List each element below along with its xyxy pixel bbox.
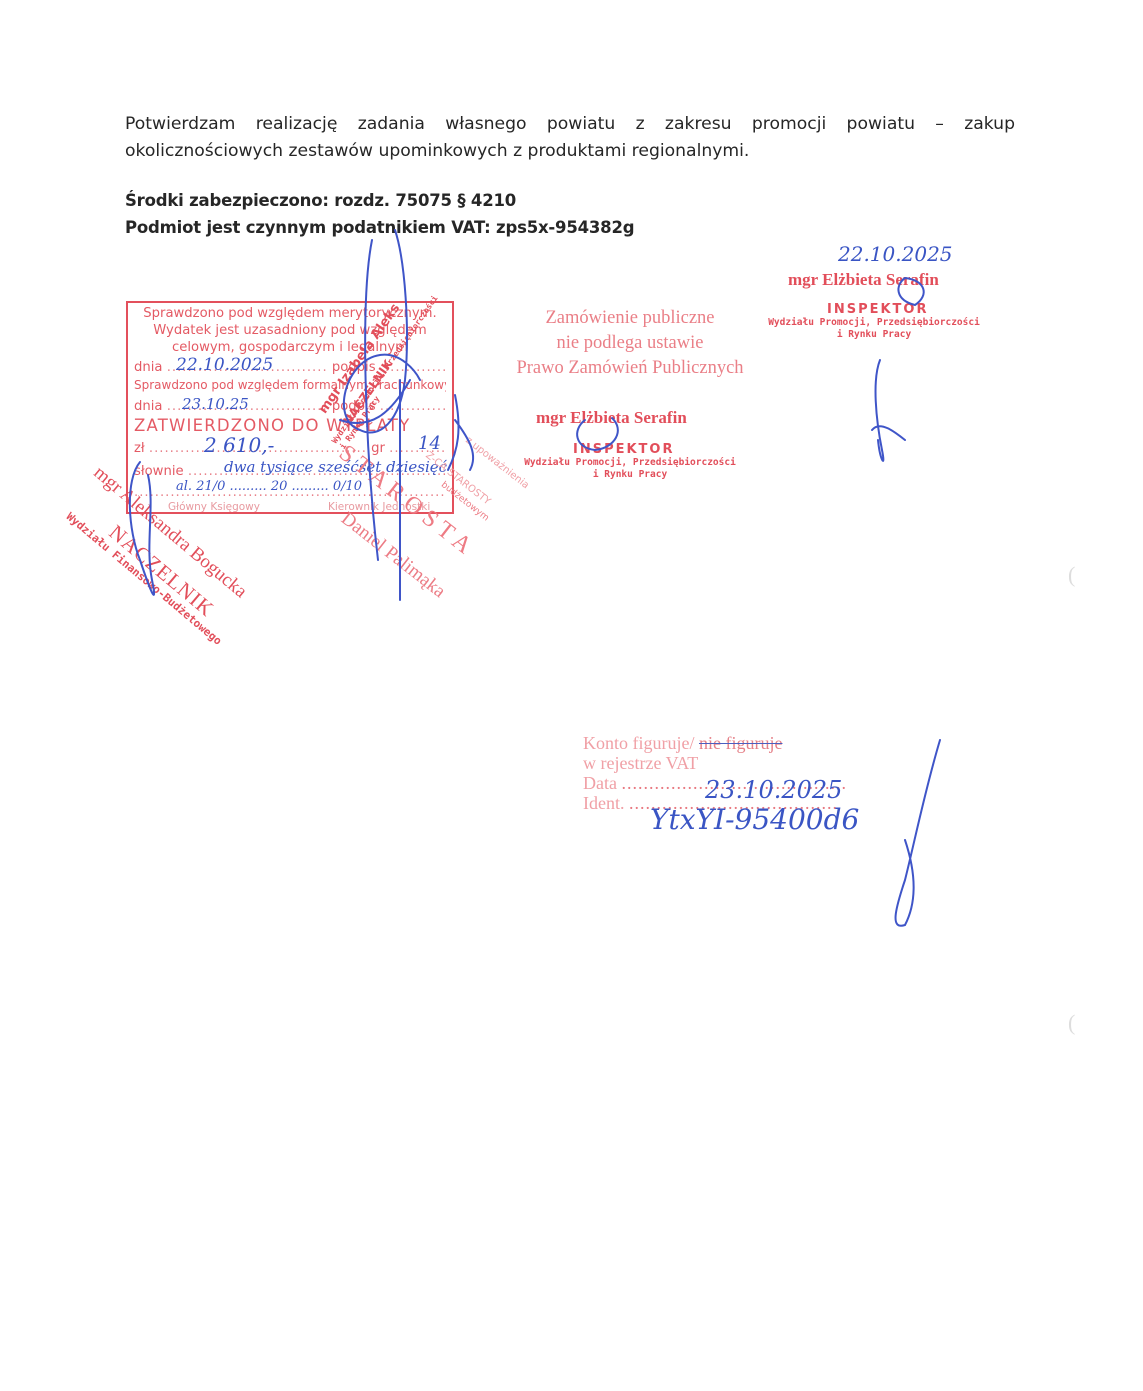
handwritten-date-1: 22.10.2025 — [176, 355, 273, 375]
inspector-dept-center: Wydziału Promocji, Przedsiębiorczości i … — [520, 457, 740, 481]
scan-mark: ( — [1068, 1010, 1075, 1036]
words-label: słownie — [134, 464, 184, 479]
inspector-dept-right: Wydziału Promocji, Przedsiębiorczości i … — [765, 317, 983, 341]
procurement-line-2: nie podlega ustawie — [495, 331, 765, 356]
dept-line-2: i Rynku Pracy — [765, 329, 983, 341]
grosze-label: gr — [371, 441, 385, 456]
dept-line-1: Wydziału Promocji, Przedsiębiorczości — [520, 457, 740, 469]
handwritten-date-inspector: 22.10.2025 — [838, 242, 953, 266]
handwritten-date-2: 23.10.25 — [182, 395, 249, 413]
vat-status-listed: Konto figuruje/ — [583, 733, 694, 753]
inspector-name-center: mgr Elżbieta Serafin — [536, 408, 687, 428]
inspector-title-right: INSPEKTOR — [827, 302, 929, 317]
public-procurement-stamp: Zamówienie publiczne nie podlega ustawie… — [495, 306, 765, 381]
handwritten-amount: 2 610,- — [204, 433, 274, 457]
confirmation-paragraph: Potwierdzam realizację zadania własnego … — [125, 111, 1015, 165]
stamp-line-5: Sprawdzono pod względem formalnym i rach… — [134, 378, 446, 392]
procurement-line-1: Zamówienie publiczne — [495, 306, 765, 331]
inspector-name-right: mgr Elżbieta Serafin — [788, 270, 939, 290]
handwritten-vat-ident: YtxYI-95400d6 — [650, 803, 859, 836]
funds-secured-line: Środki zabezpieczono: rozdz. 75075 § 421… — [125, 191, 516, 210]
vat-line-2: w rejestrze VAT — [583, 753, 847, 773]
vat-ident-label: Ident. — [583, 793, 624, 813]
approved-for-payment: ZATWIERDZONO DO WYPŁATY — [134, 416, 446, 435]
date-label: dnia — [134, 360, 162, 375]
vat-line-1: Konto figuruje/ nie figuruje — [583, 733, 847, 753]
stamp-line-2: Wydatek jest uzasadniony pod względem — [134, 323, 446, 338]
vat-date-label: Data — [583, 773, 617, 793]
amount-label: zł — [134, 441, 145, 456]
paragraph-line-2: okolicznościowych zestawów upominkowych … — [125, 138, 1015, 165]
finance-head-dept: Wydziału Finansowo-Budżetowego — [64, 510, 225, 648]
vat-payer-line: Podmiot jest czynnym podatnikiem VAT: zp… — [125, 218, 634, 237]
dept-line-1: Wydziału Promocji, Przedsiębiorczości — [765, 317, 983, 329]
procurement-line-3: Prawo Zamówień Publicznych — [495, 356, 765, 381]
stamp-date-row-2: dnia ............................... pod… — [134, 399, 446, 414]
scan-mark: ( — [1068, 562, 1075, 588]
date-label: dnia — [134, 399, 162, 414]
amount-row: zł .....................................… — [134, 441, 446, 456]
paragraph-line-1: Potwierdzam realizację zadania własnego … — [125, 111, 1015, 138]
handwritten-vat-date: 23.10.2025 — [705, 776, 842, 804]
inspector-title-center: INSPEKTOR — [573, 442, 675, 457]
document-page: Potwierdzam realizację zadania własnego … — [0, 0, 1143, 1391]
vat-status-not-listed-struck: nie figuruje — [699, 733, 782, 753]
handwritten-signatures-row: al. 21/0 ......... 20 ......... 0/10 — [176, 479, 362, 494]
dept-line-2: i Rynku Pracy — [520, 469, 740, 481]
